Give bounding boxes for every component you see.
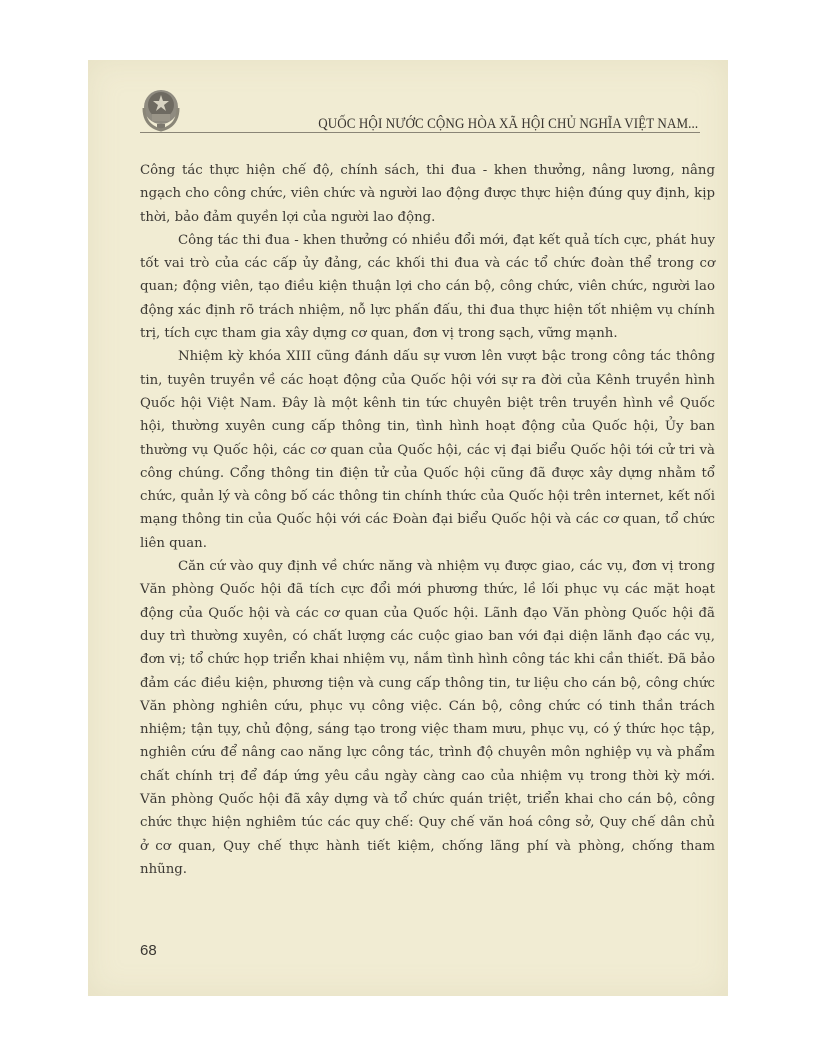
header-divider — [140, 132, 700, 133]
paragraph: Công tác thi đua - khen thưởng có nhiều … — [140, 229, 715, 345]
paragraph: Căn cứ vào quy định về chức năng và nhiệ… — [140, 555, 715, 881]
national-emblem-icon — [138, 86, 184, 134]
page-number: 68 — [140, 942, 157, 959]
book-page: QUỐC HỘI NƯỚC CỘNG HÒA XÃ HỘI CHỦ NGHĨA … — [88, 60, 728, 996]
running-head: QUỐC HỘI NƯỚC CỘNG HÒA XÃ HỘI CHỦ NGHĨA … — [318, 116, 698, 133]
body-text: Công tác thực hiện chế độ, chính sách, t… — [140, 159, 715, 881]
paragraph: Công tác thực hiện chế độ, chính sách, t… — [140, 159, 715, 229]
paragraph: Nhiệm kỳ khóa XIII cũng đánh dấu sự vươn… — [140, 345, 715, 555]
